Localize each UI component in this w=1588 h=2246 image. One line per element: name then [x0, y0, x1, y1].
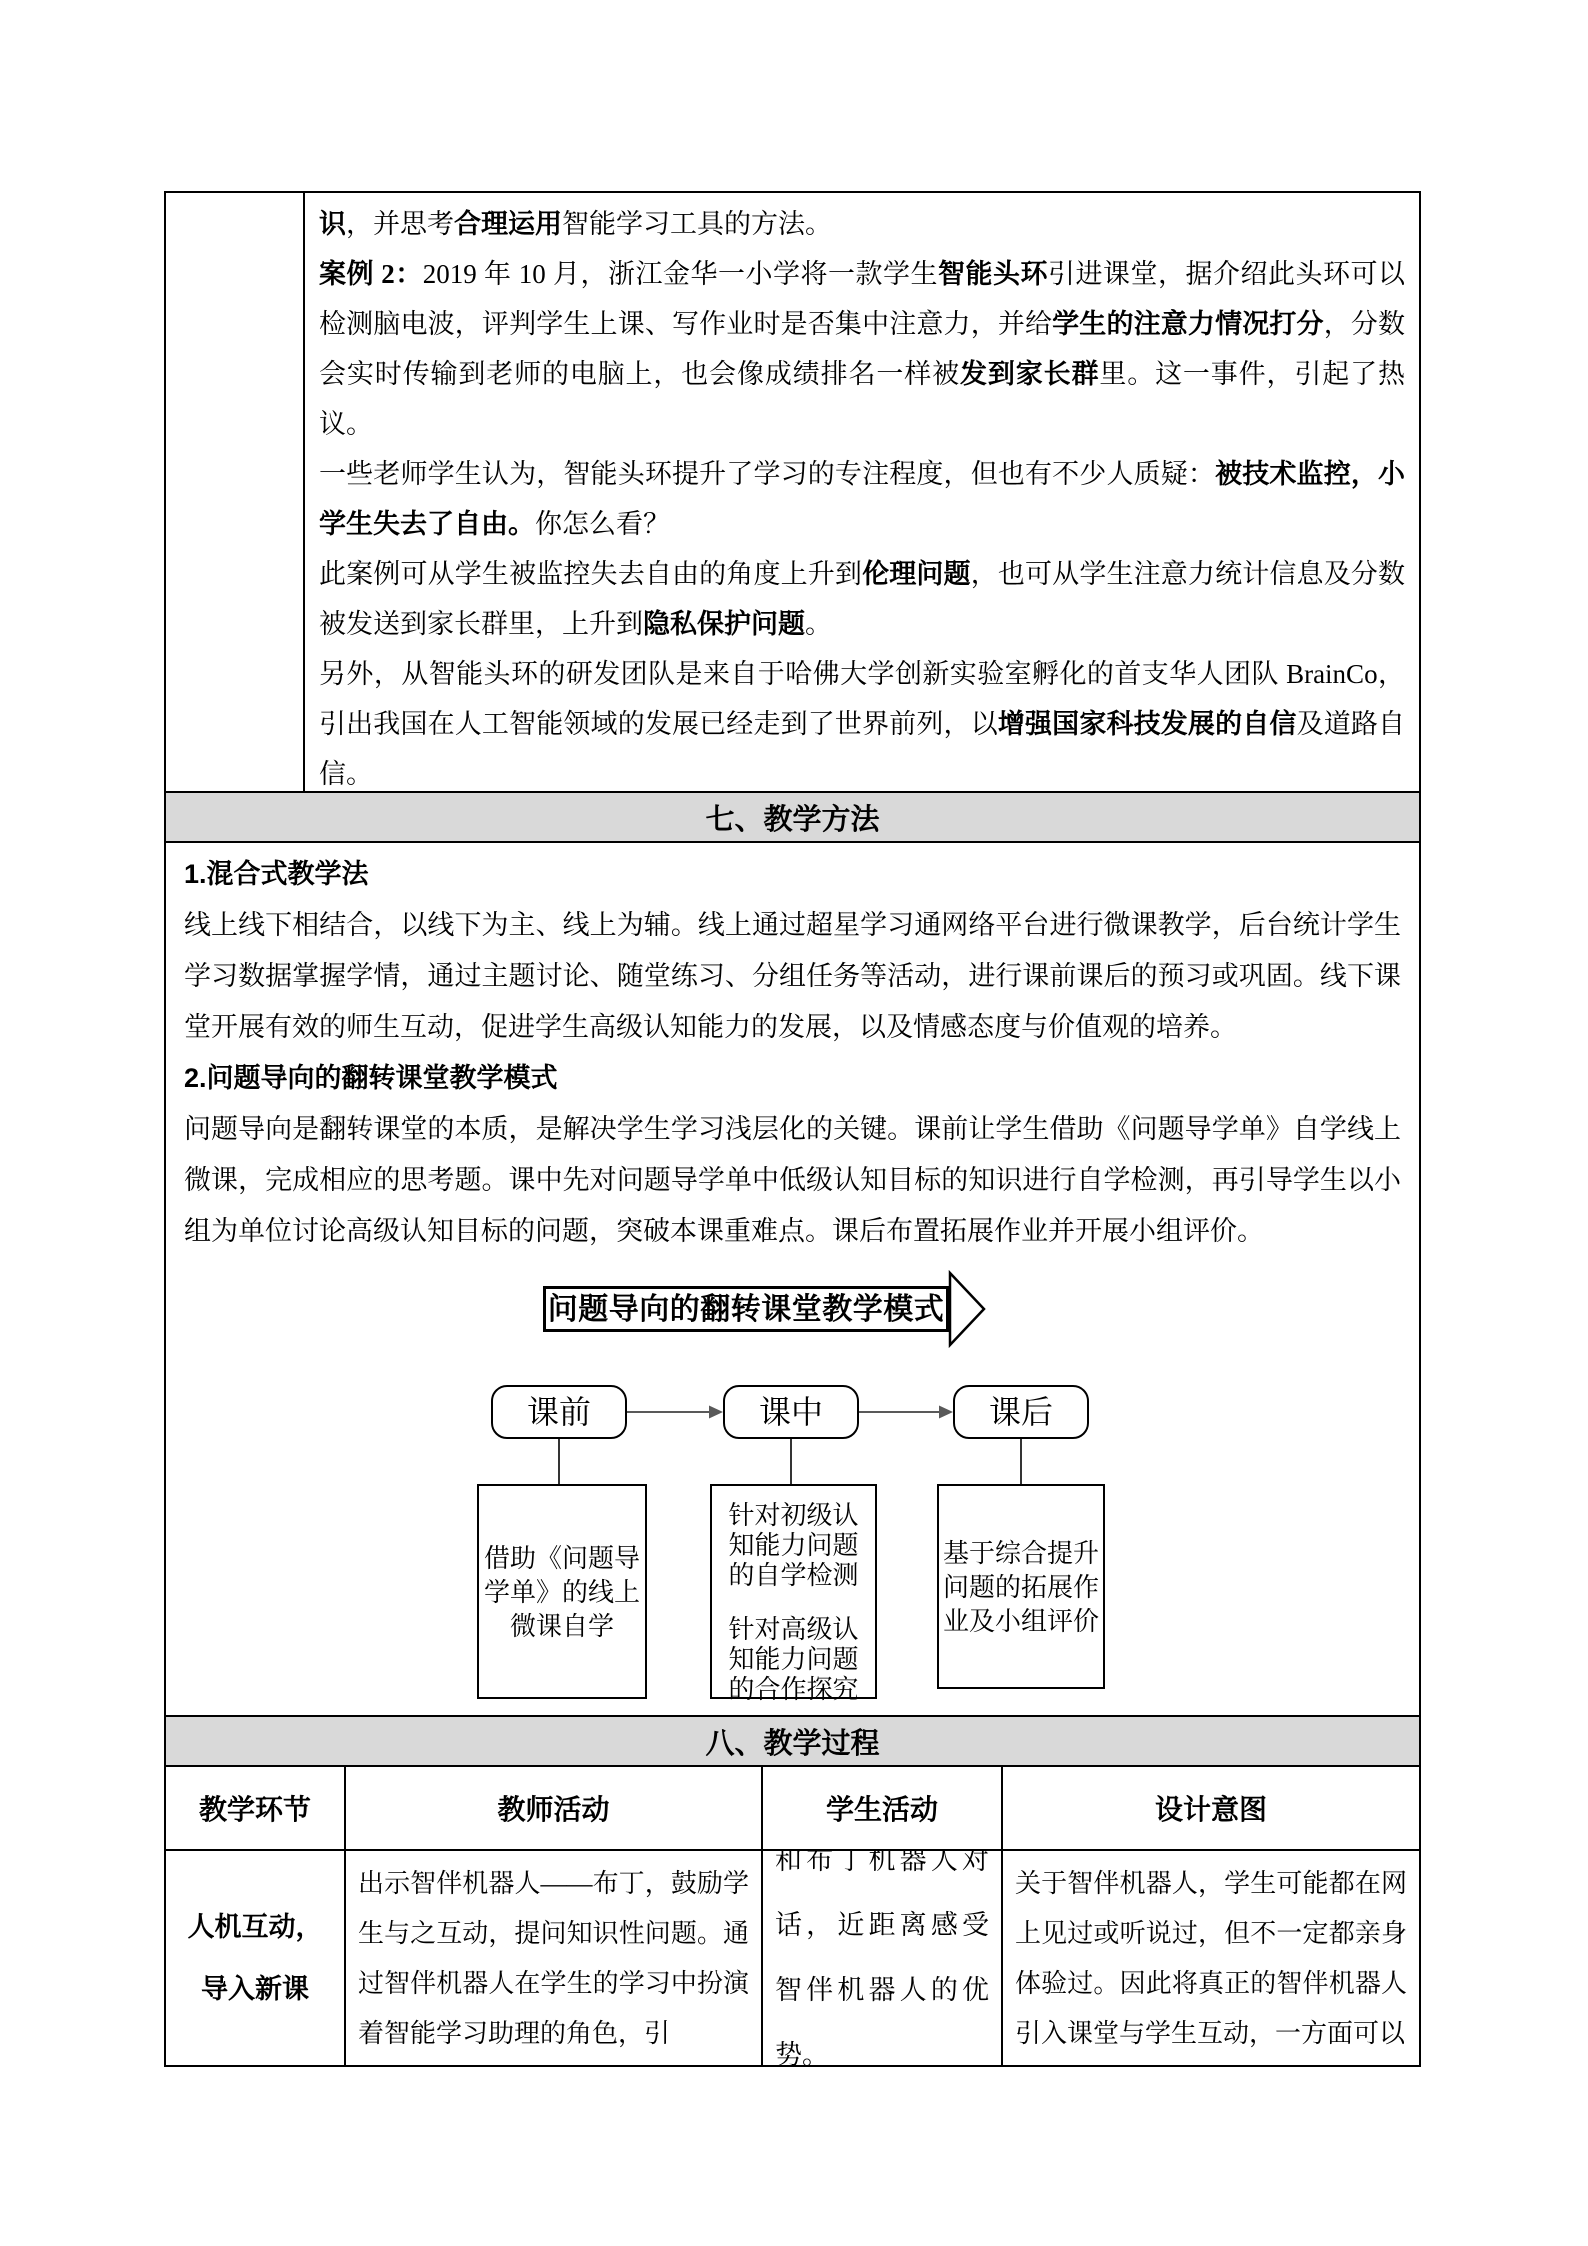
banner-arrow-icon [950, 1273, 984, 1345]
header-student-activity: 学生活动 [763, 1767, 1003, 1849]
detail-in-class-block1: 针对初级认 知能力问题 的自学检测 [728, 1500, 858, 1590]
paragraph-opinions: 一些老师学生认为，智能头环提升了学习的专注程度，但也有不少人质疑：被技术监控，小… [319, 449, 1405, 549]
process-table: 教学环节 教师活动 学生活动 设计意图 人机互动， 导入新课 出示智伴机器人——… [166, 1767, 1419, 2065]
flipped-classroom-flowchart: 问题导向的翻转课堂教学模式 课前 课中 课后 借助《问题导 学单》的线上 微课自… [184, 1269, 1401, 1711]
paragraph-ethics: 此案例可从学生被监控失去自由的角度上升到伦理问题，也可从学生注意力统计信息及分数… [319, 549, 1405, 649]
header-teaching-stage: 教学环节 [166, 1767, 346, 1849]
paragraph-case2: 案例 2：2019 年 10 月，浙江金华一小学将一款学生智能头环引进课堂，据介… [319, 249, 1405, 449]
case-analysis-cell: 识，并思考合理运用智能学习工具的方法。 案例 2：2019 年 10 月，浙江金… [305, 193, 1419, 791]
header-teacher-activity: 教师活动 [346, 1767, 763, 1849]
detail-after-class: 基于综合提升 问题的拓展作 业及小组评价 [937, 1484, 1105, 1689]
stage-before-class: 课前 [491, 1385, 627, 1439]
method2-body: 问题导向是翻转课堂的本质，是解决学生学习浅层化的关键。课前让学生借助《问题导学单… [184, 1104, 1401, 1257]
section7-body: 1.混合式教学法 线上线下相结合，以线下为主、线上为辅。线上通过超星学习通网络平… [166, 843, 1419, 1717]
flowchart-banner: 问题导向的翻转课堂教学模式 [543, 1286, 949, 1332]
cell-teaching-stage: 人机互动， 导入新课 [166, 1851, 346, 2065]
stage-after-class: 课后 [953, 1385, 1089, 1439]
method1-heading: 1.混合式教学法 [184, 849, 1401, 900]
continued-row: 识，并思考合理运用智能学习工具的方法。 案例 2：2019 年 10 月，浙江金… [166, 193, 1419, 793]
method2-heading: 2.问题导向的翻转课堂教学模式 [184, 1053, 1401, 1104]
section8-header: 八、教学过程 [166, 1717, 1419, 1767]
stage-in-class: 课中 [723, 1385, 859, 1439]
arrow-head-icon [939, 1406, 953, 1419]
lesson-plan-table: 识，并思考合理运用智能学习工具的方法。 案例 2：2019 年 10 月，浙江金… [164, 191, 1421, 2067]
detail-in-class: 针对初级认 知能力问题 的自学检测 针对高级认 知能力问题 的合作探究 [710, 1484, 877, 1699]
section7-header: 七、教学方法 [166, 793, 1419, 843]
table-row: 人机互动， 导入新课 出示智伴机器人——布丁，鼓励学生与之互动，提问知识性问题。… [166, 1851, 1419, 2065]
detail-before-class: 借助《问题导 学单》的线上 微课自学 [477, 1484, 647, 1699]
detail-in-class-block2: 针对高级认 知能力问题 的合作探究 [728, 1614, 858, 1704]
cell-design-intent: 关于智伴机器人，学生可能都在网上见过或听说过，但不一定都亲身体验过。因此将真正的… [1003, 1851, 1419, 2065]
continued-row-empty-cell [166, 193, 305, 791]
paragraph-knowledge: 识，并思考合理运用智能学习工具的方法。 [319, 199, 1405, 249]
method1-body: 线上线下相结合，以线下为主、线上为辅。线上通过超星学习通网络平台进行微课教学，后… [184, 900, 1401, 1053]
paragraph-brainco: 另外，从智能头环的研发团队是来自于哈佛大学创新实验室孵化的首支华人团队 Brai… [319, 649, 1405, 791]
process-table-header-row: 教学环节 教师活动 学生活动 设计意图 [166, 1767, 1419, 1851]
cell-student-activity-text: 和布丁机器人对话，近距离感受智伴机器人的优势。 [775, 1851, 989, 2065]
arrow-head-icon [709, 1406, 723, 1419]
header-design-intent: 设计意图 [1003, 1767, 1419, 1849]
cell-student-activity: 和布丁机器人对话，近距离感受智伴机器人的优势。 [763, 1851, 1003, 2065]
cell-teacher-activity: 出示智伴机器人——布丁，鼓励学生与之互动，提问知识性问题。通过智伴机器人在学生的… [346, 1851, 763, 2065]
stage-detail-links [559, 1439, 1021, 1484]
